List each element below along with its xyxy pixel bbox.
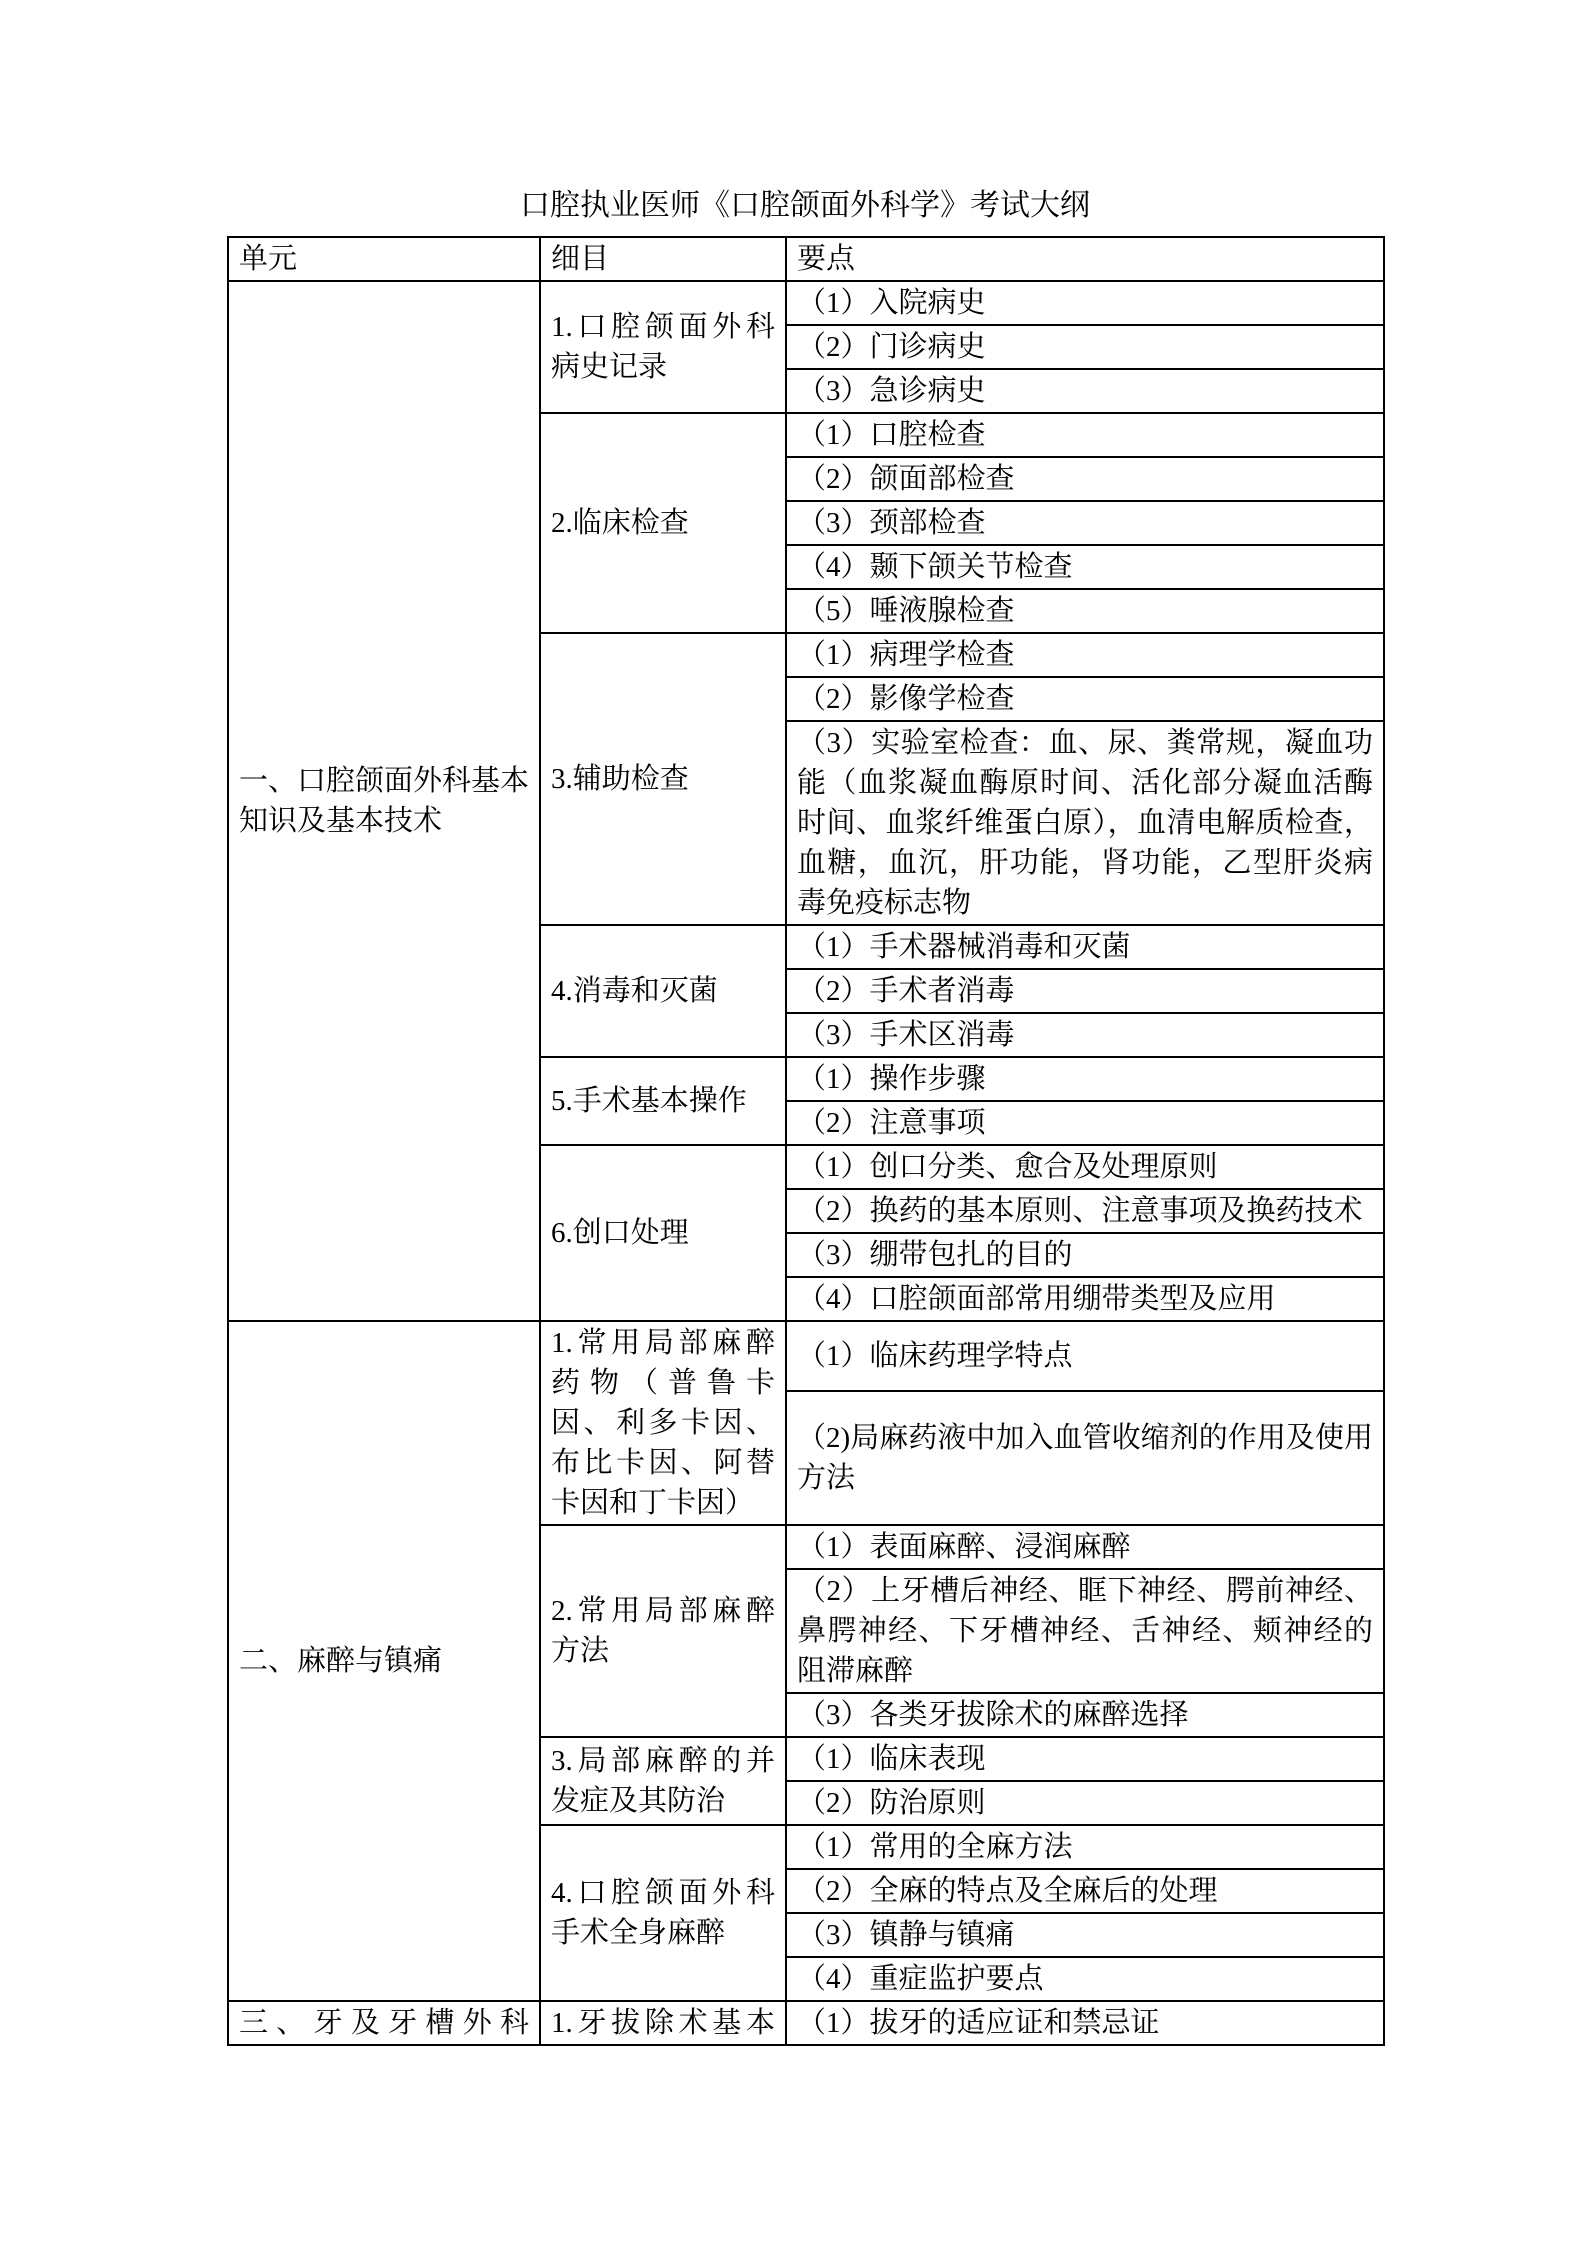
item-cell: 2.临床检查: [540, 413, 786, 633]
point-cell: （1）操作步骤: [786, 1057, 1384, 1101]
item-cell: 1.口腔颌面外科病史记录: [540, 281, 786, 413]
table-row: 二、麻醉与镇痛1.常用局部麻醉药物（普鲁卡因、利多卡因、布比卡因、阿替卡因和丁卡…: [228, 1321, 1384, 1391]
point-cell: （3）颈部检查: [786, 501, 1384, 545]
document-title: 口腔执业医师《口腔颌面外科学》考试大纲: [227, 0, 1383, 226]
point-cell: （4）颞下颌关节检查: [786, 545, 1384, 589]
unit-cell: 一、口腔颌面外科基本知识及基本技术: [228, 281, 540, 1321]
point-cell: （3）急诊病史: [786, 369, 1384, 413]
table-row: 三、牙及牙槽外科1.牙拔除术基本（1）拔牙的适应证和禁忌证: [228, 2001, 1384, 2045]
syllabus-table: 单元 细目 要点 一、口腔颌面外科基本知识及基本技术1.口腔颌面外科病史记录（1…: [227, 236, 1385, 2046]
header-unit: 单元: [228, 237, 540, 281]
header-point: 要点: [786, 237, 1384, 281]
point-cell: （2）影像学检查: [786, 677, 1384, 721]
item-cell: 5.手术基本操作: [540, 1057, 786, 1145]
unit-cell: 二、麻醉与镇痛: [228, 1321, 540, 2001]
point-cell: （1）病理学检查: [786, 633, 1384, 677]
point-cell: （4）口腔颌面部常用绷带类型及应用: [786, 1277, 1384, 1321]
item-cell: 6.创口处理: [540, 1145, 786, 1321]
item-cell: 3.局部麻醉的并发症及其防治: [540, 1737, 786, 1825]
point-cell: （3）镇静与镇痛: [786, 1913, 1384, 1957]
point-cell: （1）拔牙的适应证和禁忌证: [786, 2001, 1384, 2045]
item-cell: 2.常用局部麻醉方法: [540, 1525, 786, 1737]
point-cell: （1）手术器械消毒和灭菌: [786, 925, 1384, 969]
point-cell: （1）临床表现: [786, 1737, 1384, 1781]
point-cell: （3）手术区消毒: [786, 1013, 1384, 1057]
point-cell: （5）唾液腺检查: [786, 589, 1384, 633]
point-cell: （2）手术者消毒: [786, 969, 1384, 1013]
point-cell: （2）门诊病史: [786, 325, 1384, 369]
point-cell: （1）表面麻醉、浸润麻醉: [786, 1525, 1384, 1569]
point-cell: （2)局麻药液中加入血管收缩剂的作用及使用方法: [786, 1391, 1384, 1525]
point-cell: （1）创口分类、愈合及处理原则: [786, 1145, 1384, 1189]
point-cell: （2）上牙槽后神经、眶下神经、腭前神经、鼻腭神经、下牙槽神经、舌神经、颊神经的阻…: [786, 1569, 1384, 1693]
point-cell: （4）重症监护要点: [786, 1957, 1384, 2001]
point-cell: （2）注意事项: [786, 1101, 1384, 1145]
item-cell: 1.常用局部麻醉药物（普鲁卡因、利多卡因、布比卡因、阿替卡因和丁卡因）: [540, 1321, 786, 1525]
point-cell: （1）入院病史: [786, 281, 1384, 325]
point-cell: （2）颌面部检查: [786, 457, 1384, 501]
header-row: 单元 细目 要点: [228, 237, 1384, 281]
table-row: 一、口腔颌面外科基本知识及基本技术1.口腔颌面外科病史记录（1）入院病史: [228, 281, 1384, 325]
syllabus-table-body: 一、口腔颌面外科基本知识及基本技术1.口腔颌面外科病史记录（1）入院病史（2）门…: [228, 281, 1384, 2045]
point-cell: （1）临床药理学特点: [786, 1321, 1384, 1391]
item-cell: 4.口腔颌面外科手术全身麻醉: [540, 1825, 786, 2001]
point-cell: （2）防治原则: [786, 1781, 1384, 1825]
point-cell: （1）常用的全麻方法: [786, 1825, 1384, 1869]
item-cell: 3.辅助检查: [540, 633, 786, 925]
unit-cell: 三、牙及牙槽外科: [228, 2001, 540, 2045]
point-cell: （3）实验室检查：血、尿、粪常规，凝血功能（血浆凝血酶原时间、活化部分凝血活酶时…: [786, 721, 1384, 925]
point-cell: （3）绷带包扎的目的: [786, 1233, 1384, 1277]
point-cell: （3）各类牙拔除术的麻醉选择: [786, 1693, 1384, 1737]
point-cell: （2）换药的基本原则、注意事项及换药技术: [786, 1189, 1384, 1233]
point-cell: （2）全麻的特点及全麻后的处理: [786, 1869, 1384, 1913]
document-page: 口腔执业医师《口腔颌面外科学》考试大纲 单元 细目 要点 一、口腔颌面外科基本知…: [0, 0, 1587, 2245]
point-cell: （1）口腔检查: [786, 413, 1384, 457]
item-cell: 1.牙拔除术基本: [540, 2001, 786, 2045]
header-item: 细目: [540, 237, 786, 281]
item-cell: 4.消毒和灭菌: [540, 925, 786, 1057]
